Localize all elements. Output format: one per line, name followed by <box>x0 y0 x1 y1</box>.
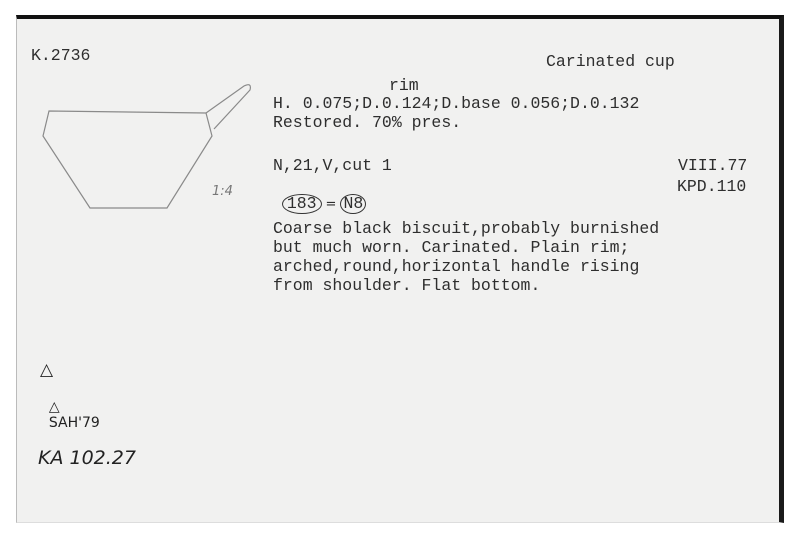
initials-row: △ SAH'79 <box>40 383 100 431</box>
inventory-reference: KA 102.27 <box>38 447 136 469</box>
mark-symbol-2: △ <box>49 399 60 415</box>
initials: SAH'79 <box>49 415 100 431</box>
mark-symbol-1: △ <box>40 360 53 380</box>
